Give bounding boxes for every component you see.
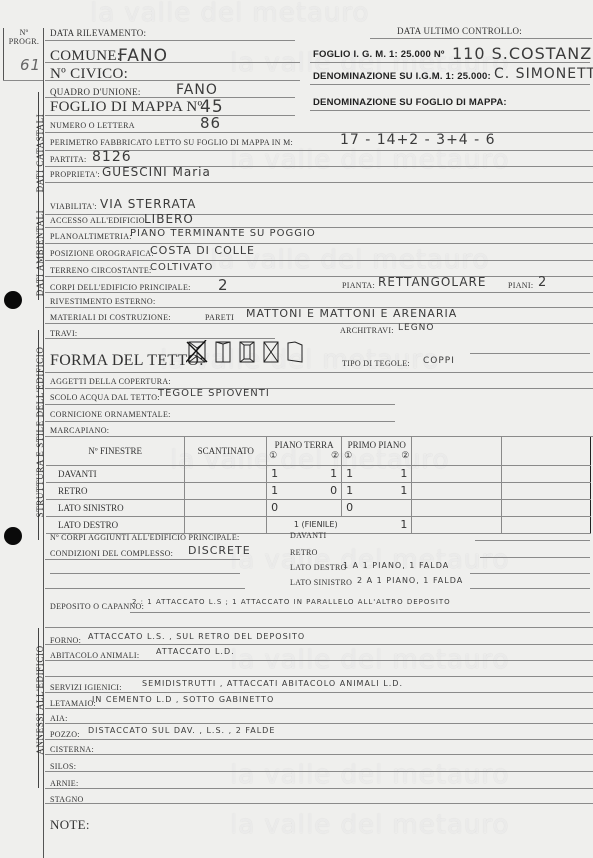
- field-line: [45, 214, 593, 215]
- denom-foglio-label: DENOMINAZIONE SU FOGLIO DI MAPPA:: [313, 97, 507, 108]
- field-line: [310, 84, 590, 85]
- pyramid-roof-icon[interactable]: [262, 340, 280, 364]
- partita-value: 8126: [92, 149, 132, 165]
- field-line: [45, 97, 295, 98]
- condizioni-label: CONDIZIONI DEL COMPLESSO:: [50, 549, 173, 558]
- field-line: [470, 353, 590, 354]
- field-line: [45, 323, 593, 324]
- field-line: [45, 388, 593, 389]
- windows-table: Nº FINESTRE SCANTINATO PIANO TERRA①② PRI…: [46, 437, 591, 534]
- divider: [3, 28, 4, 80]
- perimetro-label: PERIMETRO FABBRICATO LETTO SU FOGLIO DI …: [50, 138, 293, 147]
- field-line: [45, 243, 593, 244]
- field-line: [45, 132, 593, 133]
- accesso-label: ACCESSO ALL'EDIFICIO:: [50, 216, 147, 225]
- field-line: [45, 62, 300, 63]
- marcapiano-label: MARCAPIANO:: [50, 426, 109, 435]
- field-line: [45, 421, 395, 422]
- field-line: [45, 404, 395, 405]
- field-line: [130, 612, 590, 613]
- scolo-value: TEGOLE SPIOVENTI: [158, 388, 270, 399]
- comune-value: FANO: [118, 46, 168, 66]
- numero-value: 86: [200, 114, 221, 132]
- pianta-label: PIANTA:: [342, 281, 375, 290]
- accesso-value: LIBERO: [144, 212, 194, 226]
- architravi-label: ARCHITRAVI:: [340, 326, 394, 335]
- pareti-value: MATTONI E MATTONI E ARENARIA: [246, 307, 457, 320]
- denom-igm-label: DENOMINAZIONE SU I.G.M. 1: 25.000:: [313, 71, 491, 82]
- posizione-label: POSIZIONE OROGRAFICA:: [50, 249, 154, 258]
- architravi-value: LEGNO: [398, 323, 435, 333]
- piani-label: PIANI:: [508, 281, 533, 290]
- abitacolo-value: ATTACCATO L.D.: [156, 647, 235, 656]
- field-line: [45, 292, 593, 293]
- quadro-label: QUADRO D'UNIONE:: [50, 87, 141, 97]
- proprieta-label: PROPRIETA':: [50, 170, 100, 179]
- field-line: [310, 110, 590, 111]
- proprieta-value: GUESCINI Maria: [102, 165, 211, 179]
- terreno-label: TERRENO CIRCOSTANTE:: [50, 266, 152, 275]
- foglio-igm-value: 110 S.COSTANZO: [452, 44, 593, 63]
- retro-label: RETRO: [290, 548, 318, 557]
- travi-label: TRAVI:: [50, 329, 77, 338]
- corpi-aggiunti-label: Nº CORPI AGGIUNTI ALL'EDIFICIO PRINCIPAL…: [50, 533, 240, 542]
- viabilita-label: VIABILITA':: [50, 202, 97, 211]
- field-line: [50, 573, 240, 574]
- tipo-tegole-label: TIPO DI TEGOLE:: [342, 359, 410, 368]
- section-label-struttura: STRUTTURA E STILE DELL'EDIFICIO: [35, 327, 45, 537]
- field-line: [470, 588, 590, 589]
- field-line: [45, 372, 593, 373]
- aggetti-label: AGGETTI DELLA COPERTURA:: [50, 377, 171, 386]
- binder-hole: [4, 527, 22, 545]
- davanti-label: DAVANTI: [290, 531, 326, 540]
- field-line: [45, 588, 245, 589]
- servizi-label: SERVIZI IGIENICI:: [50, 683, 122, 692]
- foglio-igm-label: FOGLIO I. G. M. 1: 25.000 Nº: [313, 49, 445, 60]
- materiali-label: MATERIALI DI COSTRUZIONE:: [50, 313, 171, 322]
- letamaio-value: IN CEMENTO L.D , SOTTO GABINETTO: [92, 695, 274, 704]
- planoaltimetria-label: PLANOALTIMETRIA:: [50, 232, 132, 241]
- lato-sinistro-label: LATO SINISTRO: [290, 578, 352, 587]
- tipo-tegole-value: COPPI: [423, 356, 455, 366]
- col-header: Nº FINESTRE: [46, 437, 185, 465]
- deposito-value: 2 : 1 ATTACCATO L.S ; 1 ATTACCATO IN PAR…: [132, 598, 451, 606]
- field-line: [45, 627, 593, 628]
- field-line: [45, 692, 593, 693]
- field-line: [370, 38, 592, 39]
- table-row: LATO SINISTRO 0 0: [46, 499, 591, 516]
- data-ultimo-controllo-label: DATA ULTIMO CONTROLLO:: [397, 26, 522, 36]
- table-row: RETRO 10 11: [46, 482, 591, 499]
- field-line: [45, 803, 593, 804]
- watermark: la valle del metauro: [230, 760, 509, 790]
- cornicione-label: CORNICIONE ORNAMENTALE:: [50, 410, 171, 419]
- abitacolo-label: ABITACOLO ANIMALI:: [50, 651, 139, 660]
- pareti-label: PARETI: [205, 313, 234, 322]
- field-line: [45, 338, 275, 339]
- watermark: la valle del metauro: [230, 810, 509, 840]
- cisterna-label: CISTERNA:: [50, 745, 94, 754]
- quadro-value: FANO: [176, 82, 218, 98]
- field-line: [45, 771, 593, 772]
- servizi-value: SEMIDISTRUTTI , ATTACCATI ABITACOLO ANIM…: [142, 679, 403, 688]
- hip-roof-crossed-icon[interactable]: [186, 340, 208, 364]
- note-label: NOTE:: [50, 817, 90, 833]
- col-header: PIANO TERRA①②: [267, 437, 342, 465]
- field-line: [45, 40, 295, 41]
- n-progr-label: Nº PROGR.: [8, 28, 40, 46]
- field-line: [45, 559, 240, 560]
- partita-label: PARTITA:: [50, 155, 87, 164]
- forma-tetto-label: FORMA DEL TETTO:: [50, 352, 204, 370]
- field-line: [45, 708, 593, 709]
- field-line: [45, 676, 593, 677]
- divider: [3, 80, 43, 81]
- rivestimento-label: RIVESTIMENTO ESTERNO:: [50, 297, 155, 306]
- field-line: [45, 227, 593, 228]
- table-row: DAVANTI 11 11: [46, 465, 591, 482]
- field-line: [45, 739, 593, 740]
- condizioni-value: DISCRETE: [188, 544, 251, 557]
- field-line: [480, 557, 590, 558]
- pianta-value: RETTANGOLARE: [378, 275, 486, 289]
- arnie-label: ARNIE:: [50, 779, 78, 788]
- gable-roof-icon[interactable]: [214, 340, 232, 364]
- field-line: [475, 540, 590, 541]
- gable-roof-icon[interactable]: [238, 340, 256, 364]
- n-progr-value: 61: [20, 56, 41, 74]
- pozzo-label: POZZO:: [50, 730, 80, 739]
- pozzo-value: DISTACCATO SUL DAV. , L.S. , 2 FALDE: [88, 726, 275, 735]
- lato-destro-value: 1 A 1 PIANO, 1 FALDA: [343, 561, 449, 570]
- lato-destro-label: LATO DESTRO: [290, 563, 347, 572]
- forno-value: ATTACCATO L.S. , SUL RETRO DEL DEPOSITO: [88, 632, 305, 641]
- watermark: la valle del metauro: [90, 0, 369, 28]
- scolo-label: SCOLO ACQUA DAL TETTO:: [50, 393, 160, 402]
- field-line: [45, 260, 593, 261]
- col-header: SCANTINATO: [185, 437, 267, 465]
- letamaio-label: LETAMAIO:: [50, 699, 96, 708]
- piani-value: 2: [538, 275, 547, 290]
- perimetro-value: 17 - 14+2 - 3+4 - 6: [340, 132, 496, 148]
- field-line: [45, 276, 593, 277]
- roof-shape-selector: [186, 340, 304, 364]
- field-line: [45, 788, 593, 789]
- col-header: PRIMO PIANO①②: [342, 437, 412, 465]
- field-line: [45, 80, 300, 81]
- section-label-ambientali: DATI AMBIENTALI: [35, 193, 45, 313]
- data-rilevamento-label: DATA RILEVAMENTO:: [50, 28, 146, 38]
- section-label-annessi: ANNESSI ALL'EDIFICIO: [35, 640, 45, 760]
- numero-label: NUMERO o LETTERA: [50, 121, 135, 130]
- denom-igm-value: C. SIMONETTI: [494, 66, 593, 82]
- field-line: [45, 723, 593, 724]
- silos-label: SILOS:: [50, 762, 76, 771]
- field-line: [45, 644, 593, 645]
- field-line: [45, 754, 593, 755]
- lato-sinistro-value: 2 A 1 PIANO, 1 FALDA: [357, 576, 463, 585]
- posizione-value: COSTA DI COLLE: [150, 244, 255, 257]
- corpi-label: CORPI DELL'EDIFICIO PRINCIPALE:: [50, 283, 191, 292]
- binder-hole: [4, 291, 22, 309]
- aia-label: AIA:: [50, 714, 68, 723]
- planoaltimetria-value: PIANO TERMINANTE SU POGGIO: [130, 228, 316, 239]
- field-line: [310, 62, 590, 63]
- viabilita-value: VIA STERRATA: [100, 197, 196, 211]
- field-line: [45, 660, 593, 661]
- foglio-mappa-label: FOGLIO DI MAPPA Nº: [50, 99, 202, 116]
- field-line: [45, 115, 295, 116]
- shed-roof-icon[interactable]: [286, 340, 304, 364]
- field-line: [470, 573, 590, 574]
- watermark: la valle del metauro: [230, 545, 509, 575]
- deposito-label: DEPOSITO o CAPANNO:: [50, 602, 144, 611]
- field-line: [45, 182, 593, 183]
- terreno-value: COLTIVATO: [150, 262, 213, 273]
